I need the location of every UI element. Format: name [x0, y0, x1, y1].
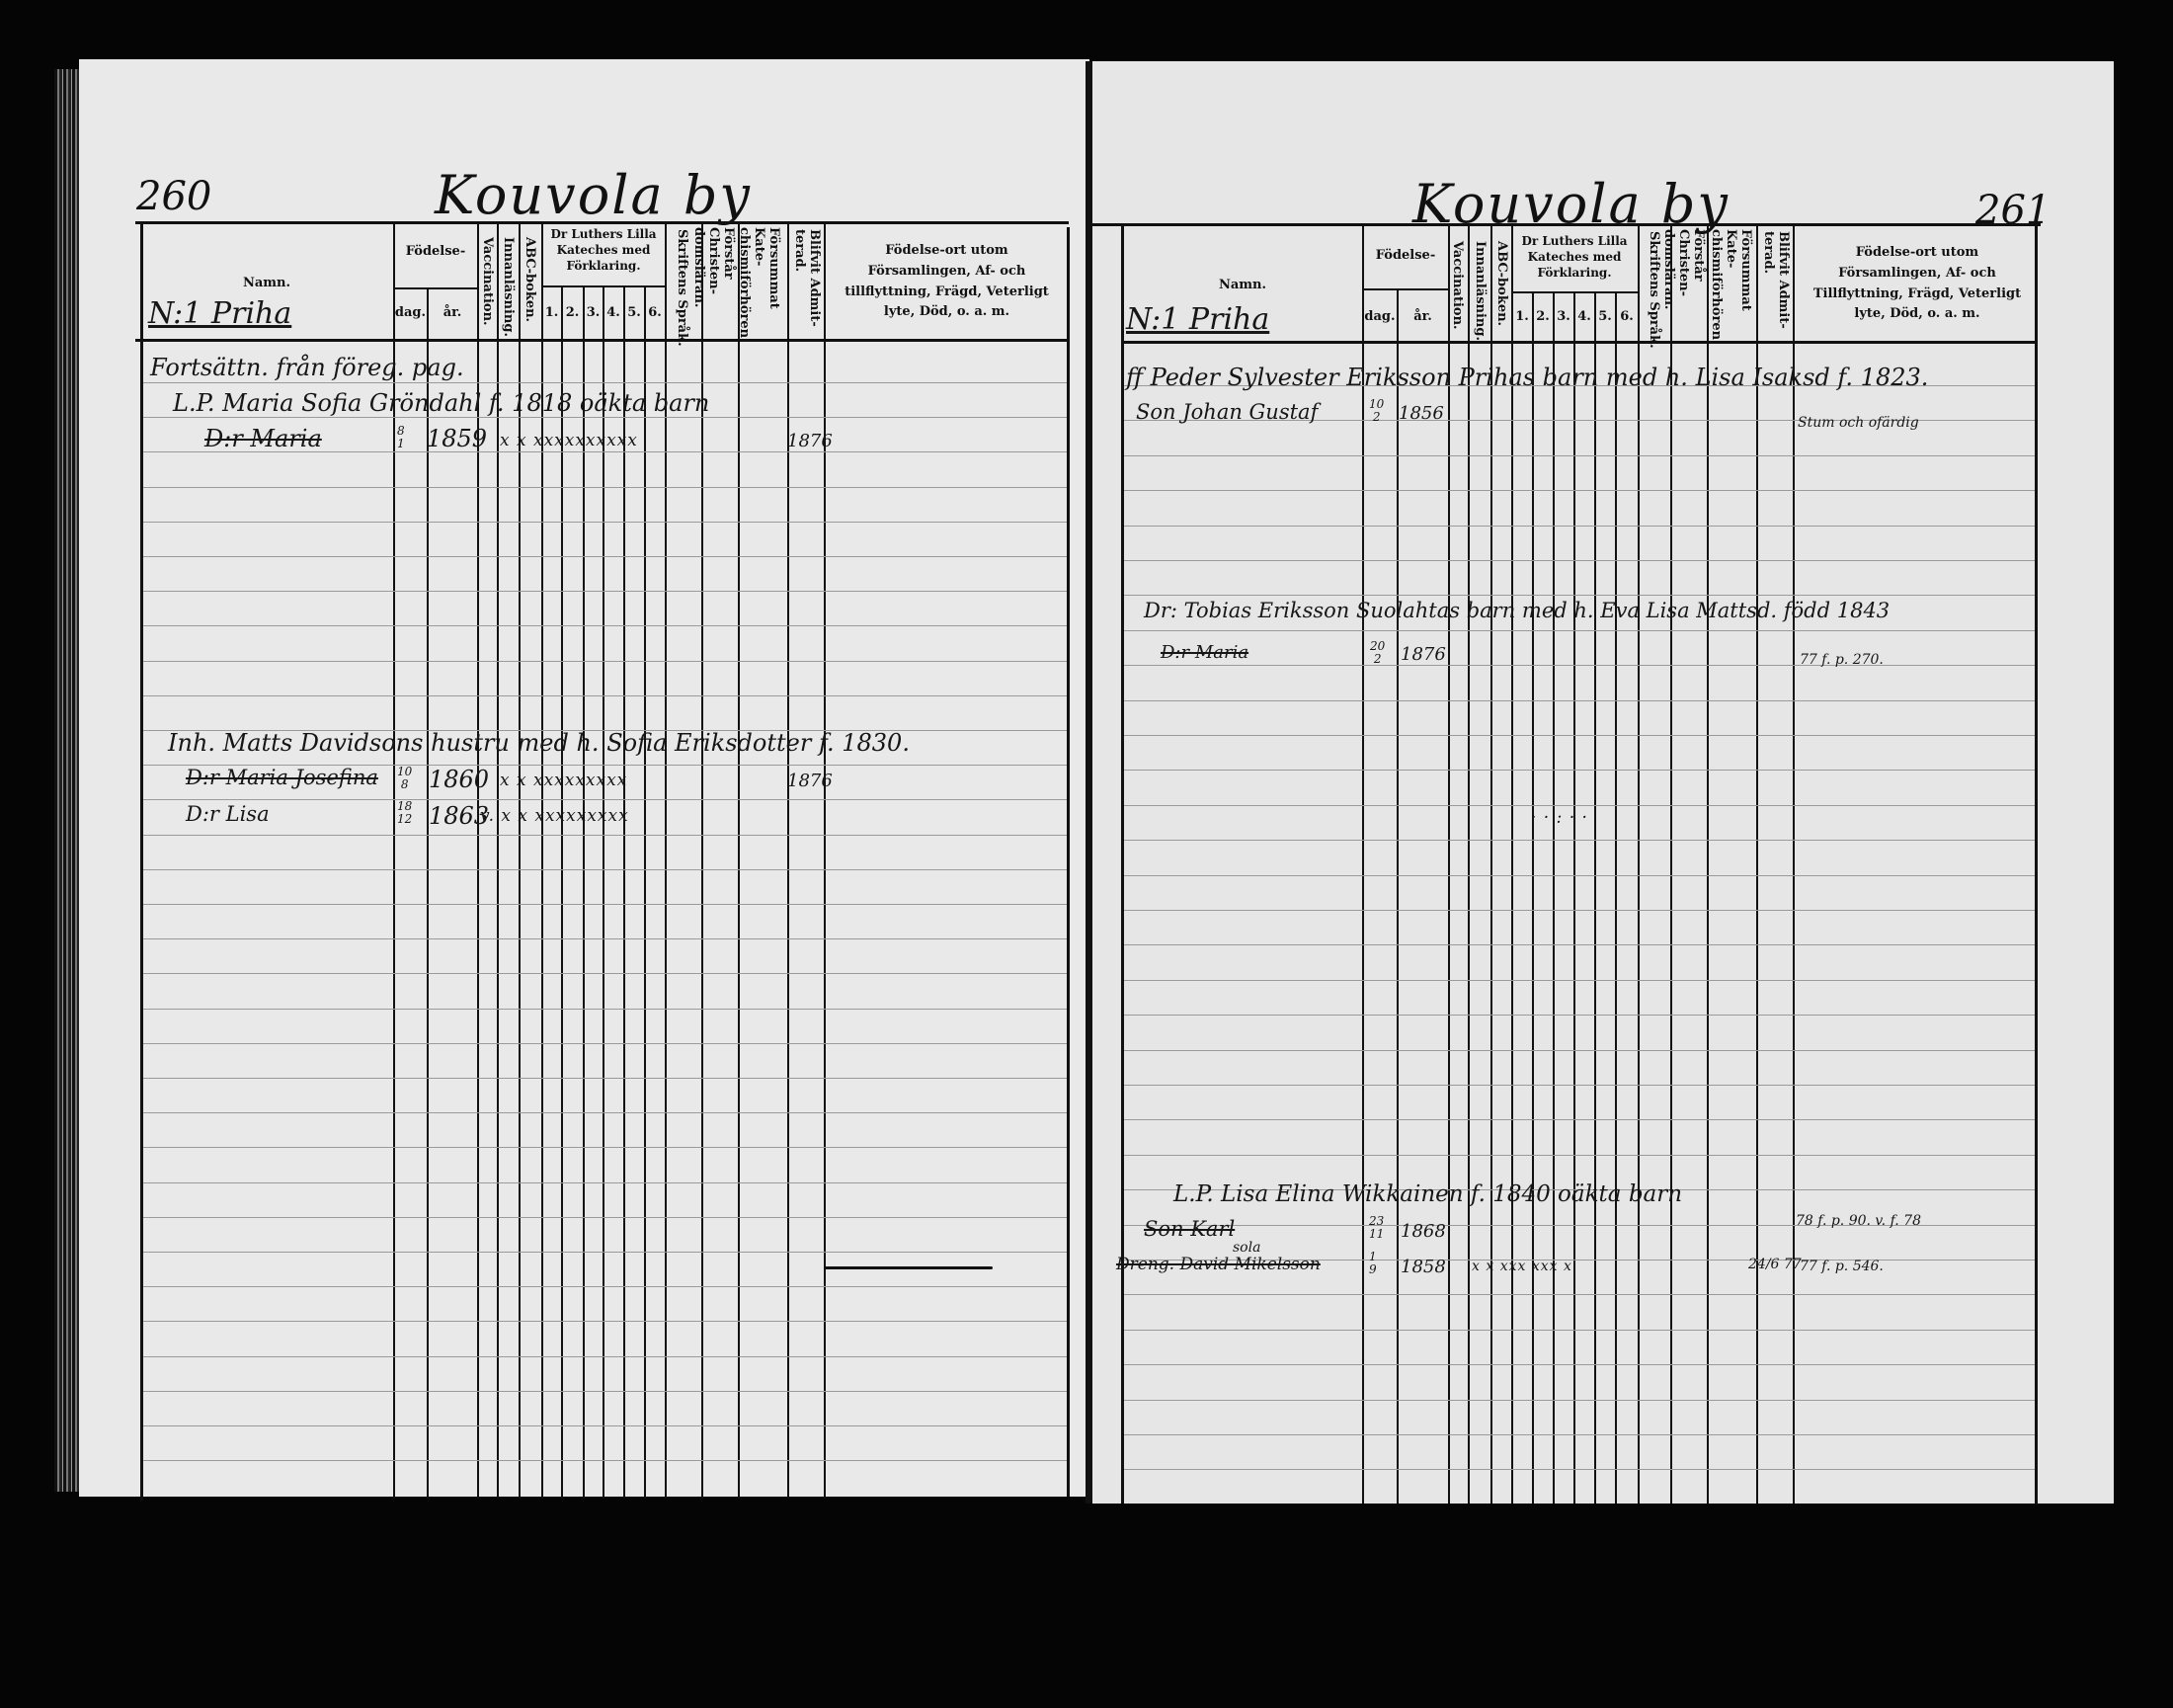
birth-day: 102: [1369, 398, 1384, 424]
col-line: [1793, 223, 1795, 1504]
right-entry-name: Son Karl: [1144, 1217, 1235, 1241]
ruled-line: [1124, 770, 2035, 771]
col-line: [1756, 223, 1758, 1504]
ruled-line: [143, 904, 1067, 905]
reading-marks: x x xxxxxxxxx: [500, 771, 627, 790]
header-katechismus: Dr Luthers Lilla Kateches med Förklaring…: [1513, 233, 1636, 282]
right-header-top-line: [1092, 223, 2041, 226]
ruled-line: [1124, 1085, 2035, 1086]
ruled-line: [1124, 1434, 2035, 1435]
ruled-line: [143, 522, 1067, 523]
kat-col-3: 3.: [584, 304, 603, 322]
ruled-line: [143, 1078, 1067, 1079]
ruled-line: [1124, 526, 2035, 527]
birth-year: 1860: [429, 766, 489, 793]
col-line: [1490, 223, 1492, 1504]
header-forsummat: Försummat Kate-chismiförhören.: [1711, 229, 1752, 336]
birth-year: 1858: [1401, 1257, 1446, 1277]
ruled-line: [143, 1112, 1067, 1113]
birth-day: 1812: [397, 800, 412, 826]
pencil-mark: [825, 1266, 993, 1269]
ruled-line: [143, 1252, 1067, 1253]
left-village-title: Kouvola by: [435, 164, 752, 226]
right-entry-name: D:r Maria: [1161, 642, 1248, 663]
header-forsummat: Försummat Kate-chismiförhören.: [743, 227, 780, 336]
col-line: [623, 286, 625, 1499]
left-entry-household-head: Inh. Matts Davidsons hustru med h. Sofia…: [168, 729, 910, 757]
left-entry-continuation: Fortsättn. från föreg. pag.: [150, 354, 464, 381]
col-line: [738, 221, 740, 1499]
birth-year: 1868: [1401, 1221, 1446, 1242]
col-line: [1594, 292, 1596, 1504]
col-line: [583, 286, 585, 1499]
left-page-right-border: [1067, 227, 1070, 1497]
kat-col-1: 1.: [1512, 308, 1532, 326]
header-vaccination: Vaccination.: [479, 237, 494, 334]
right-frame-line: [2035, 223, 2038, 1505]
birth-day: 108: [397, 766, 412, 791]
ruled-line: [1124, 1050, 2035, 1051]
ruled-line: [1124, 455, 2035, 456]
ruled-line: [1124, 980, 2035, 981]
col-line: [644, 286, 646, 1499]
col-line: [1397, 288, 1399, 1504]
ruled-line: [143, 1460, 1067, 1461]
col-line: [1468, 223, 1470, 1504]
ruled-line: [1124, 490, 2035, 491]
ruled-line: [143, 1182, 1067, 1183]
ruled-line: [1124, 630, 2035, 631]
header-fodelse: Födelse-: [395, 243, 476, 261]
col-line: [1511, 223, 1513, 1504]
ruled-line: [143, 1286, 1067, 1287]
ruled-line: [143, 487, 1067, 488]
reading-marks: v. x x xxxxxxxxx: [480, 806, 629, 826]
header-namn: Namn.: [1213, 277, 1272, 294]
ruled-line: [143, 1217, 1067, 1218]
remark-note: 77 f. p. 546.: [1800, 1259, 1884, 1274]
ruled-line: [1124, 1015, 2035, 1016]
header-forstar: Förstår Christen-domsläran.: [705, 227, 735, 336]
ruled-line: [143, 591, 1067, 592]
ruled-line: [1124, 1364, 2035, 1365]
admitted-date: 24/6 77: [1748, 1257, 1802, 1272]
birth-day: 2311: [1369, 1215, 1384, 1241]
ruled-line: [1124, 944, 2035, 945]
right-entry-household-head: L.P. Lisa Elina Wikkainen f. 1840 oäkta …: [1173, 1181, 1682, 1207]
right-frame-line: [1121, 223, 1124, 1504]
ruled-line: [143, 869, 1067, 870]
left-entry-household-head: L.P. Maria Sofia Gröndahl f. 1818 oäkta …: [173, 389, 709, 417]
col-line: [1362, 223, 1364, 1504]
birth-day: 202: [1370, 640, 1385, 666]
header-admitterad: Blifvit Admit-terad.: [1760, 231, 1790, 336]
birth-day: 81: [397, 425, 405, 450]
col-line: [1532, 292, 1534, 1504]
book-edge: [54, 69, 82, 1492]
ruled-line: [1124, 665, 2035, 666]
header-ar: år.: [428, 304, 477, 322]
kat-col-1: 1.: [542, 304, 561, 322]
col-line: [427, 289, 429, 1499]
kat-col-5: 5.: [624, 304, 644, 322]
left-header-top-line: [135, 221, 1069, 224]
left-entry-name: D:r Lisa: [186, 802, 270, 826]
kat-col-4: 4.: [604, 304, 623, 322]
ruled-line: [1124, 700, 2035, 701]
header-admitterad: Blifvit Admit-terad.: [791, 229, 821, 336]
col-line: [1638, 223, 1640, 1504]
ruled-line: [1124, 1155, 2035, 1156]
right-entry-name: Dreng. David Mikelsson: [1116, 1255, 1321, 1274]
superscript-note: sola: [1233, 1240, 1260, 1256]
remark-note: Stum och ofärdig: [1798, 415, 1919, 431]
remark-note: 78 f. p. 90. v. f. 78: [1796, 1213, 1921, 1229]
birth-day: 19: [1369, 1251, 1377, 1276]
left-page-number: 260: [136, 174, 211, 219]
ruled-line: [143, 661, 1067, 662]
ruled-line: [143, 1391, 1067, 1392]
ruled-line: [1124, 910, 2035, 911]
header-skriftens-sprak: Skriftens Språk.: [1646, 231, 1660, 336]
col-line: [787, 221, 789, 1499]
left-frame-line: [140, 221, 143, 1501]
col-line: [1670, 223, 1672, 1504]
reading-marks: x x xxx xxx x: [1472, 1259, 1572, 1274]
ruled-line: [1124, 1294, 2035, 1295]
right-header-bottom-line: [1121, 341, 2035, 344]
ruled-line: [143, 973, 1067, 974]
admitted-year: 1876: [787, 431, 833, 451]
right-page-number: 261: [1975, 188, 2051, 233]
sub-header-line: [393, 287, 478, 289]
ruled-line: [143, 1321, 1067, 1322]
header-fodelseort: Födelse-ort utom Församlingen, Af- och T…: [1803, 243, 2032, 325]
remark-note: 77 f. p. 270.: [1800, 652, 1884, 668]
ledger-spread: 260 Kouvola by Namn. Födelse- dag. år. V…: [0, 0, 2173, 1708]
ruled-line: [143, 799, 1067, 800]
ruled-line: [1124, 1119, 2035, 1120]
right-entry-household-head: ff Peder Sylvester Eriksson Prihas barn …: [1126, 364, 1928, 391]
col-line: [603, 286, 604, 1499]
ruled-line: [143, 382, 1067, 383]
header-fodelse: Födelse-: [1364, 247, 1447, 265]
ruled-line: [1124, 595, 2035, 596]
ruled-line: [1124, 735, 2035, 736]
header-dag: dag.: [1363, 308, 1397, 326]
ruled-line: [143, 1009, 1067, 1010]
kat-col-6: 6.: [645, 304, 665, 322]
header-fodelseort: Födelse-ort utom Församlingen, Af- och t…: [836, 241, 1058, 323]
ruled-line: [143, 1356, 1067, 1357]
sub-header-line: [1511, 291, 1638, 293]
kat-col-4: 4.: [1574, 308, 1594, 326]
ruled-line: [1124, 1330, 2035, 1331]
kat-col-3: 3.: [1554, 308, 1573, 326]
birth-year: 1876: [1401, 644, 1446, 665]
birth-year: 1859: [427, 425, 487, 452]
left-entry-name: D:r Maria: [204, 425, 322, 452]
header-abc-boken: ABC-boken.: [522, 237, 536, 334]
ruled-line: [143, 625, 1067, 626]
ruled-line: [1124, 1469, 2035, 1470]
admitted-year: 1876: [787, 771, 833, 791]
kat-col-2: 2.: [562, 304, 583, 322]
ruled-line: [1124, 875, 2035, 876]
header-forstar: Förstår Christen-domsläran.: [1673, 229, 1705, 336]
left-household-title: N:1 Priha: [148, 296, 291, 331]
header-innanlasning: Innanläsning.: [500, 237, 515, 334]
col-line: [1707, 223, 1709, 1504]
left-entry-name: D:r Maria Josefina: [186, 766, 378, 789]
pencil-dots: · · : · ·: [1531, 808, 1588, 828]
header-abc-boken: ABC-boken.: [1493, 241, 1508, 336]
col-line: [1448, 223, 1450, 1504]
ruled-line: [143, 938, 1067, 939]
birth-year: 1856: [1399, 403, 1444, 424]
ruled-line: [1124, 805, 2035, 806]
col-line: [1615, 292, 1617, 1504]
col-line: [1573, 292, 1575, 1504]
kat-col-2: 2.: [1533, 308, 1553, 326]
ruled-line: [1124, 840, 2035, 841]
ruled-line: [1124, 1400, 2035, 1401]
ruled-line: [143, 695, 1067, 696]
ruled-line: [143, 1043, 1067, 1044]
header-dag: dag.: [394, 304, 427, 322]
header-namn: Namn.: [237, 275, 296, 292]
header-vaccination: Vaccination.: [1449, 241, 1464, 336]
right-entry-name: Son Johan Gustaf: [1136, 400, 1318, 424]
header-katechismus: Dr Luthers Lilla Kateches med Förklaring…: [545, 226, 662, 275]
col-line: [1553, 292, 1555, 1504]
right-entry-household-head: Dr: Tobias Eriksson Suolahtas barn med h…: [1144, 599, 1890, 622]
ruled-line: [143, 417, 1067, 418]
sub-header-line: [541, 285, 665, 287]
kat-col-6: 6.: [1616, 308, 1638, 326]
ruled-line: [143, 1425, 1067, 1426]
header-skriftens-sprak: Skriftens Språk.: [674, 229, 688, 333]
col-line: [561, 286, 563, 1499]
header-innanlasning: Innanläsning.: [1472, 241, 1487, 336]
ruled-line: [143, 835, 1067, 836]
right-household-title: N:1 Priha: [1126, 302, 1269, 337]
ruled-line: [143, 1147, 1067, 1148]
ruled-line: [143, 556, 1067, 557]
col-line: [824, 221, 826, 1499]
ruled-line: [1124, 560, 2035, 561]
book-gutter: [1086, 61, 1092, 1504]
sub-header-line: [1362, 288, 1448, 290]
header-ar: år.: [1398, 308, 1448, 326]
kat-col-5: 5.: [1595, 308, 1615, 326]
reading-marks: x x xxxxxxxxxx: [500, 431, 638, 450]
